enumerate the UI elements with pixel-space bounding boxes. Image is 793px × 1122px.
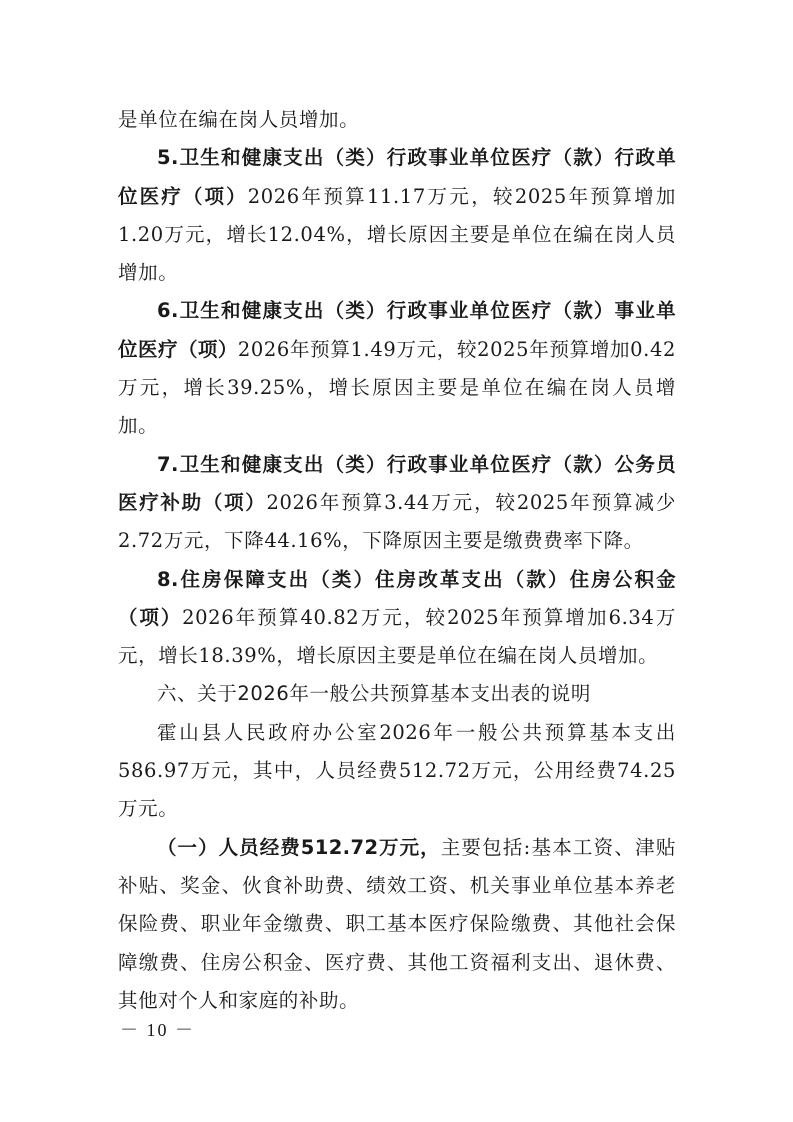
paragraph-item-7: 7.卫生和健康支出（类）行政事业单位医疗（款）公务员医疗补助（项）2026年预算… (118, 446, 676, 561)
personnel-text: 主要包括:基本工资、津贴补贴、奖金、伙食补助费、绩效工资、机关事业单位基本养老保… (118, 836, 676, 1012)
paragraph-item-8: 8.住房保障支出（类）住房改革支出（款）住房公积金（项）2026年预算40.82… (118, 561, 676, 676)
personnel-paragraph: （一）人员经费512.72万元，主要包括:基本工资、津贴补贴、奖金、伙食补助费、… (118, 829, 676, 1020)
summary-paragraph: 霍山县人民政府办公室2026年一般公共预算基本支出586.97万元，其中，人员经… (118, 714, 676, 829)
item-8-text: 2026年预算40.82万元，较2025年预算增加6.34万元，增长18.39%… (118, 606, 676, 667)
paragraph-item-5: 5.卫生和健康支出（类）行政事业单位医疗（款）行政单位医疗（项）2026年预算1… (118, 139, 676, 292)
paragraph-item-6: 6.卫生和健康支出（类）行政事业单位医疗（款）事业单位医疗（项）2026年预算1… (118, 292, 676, 445)
page-number: － 10 － (120, 1016, 195, 1042)
paragraph-text: 是单位在编在岗人员增加。 (118, 108, 359, 131)
paragraph-continuation: 是单位在编在岗人员增加。 (118, 101, 676, 139)
personnel-heading: （一）人员经费512.72万元， (157, 836, 441, 859)
document-page: 是单位在编在岗人员增加。 5.卫生和健康支出（类）行政事业单位医疗（款）行政单位… (118, 101, 676, 1020)
section-heading: 六、关于2026年一般公共预算基本支出表的说明 (118, 675, 676, 713)
